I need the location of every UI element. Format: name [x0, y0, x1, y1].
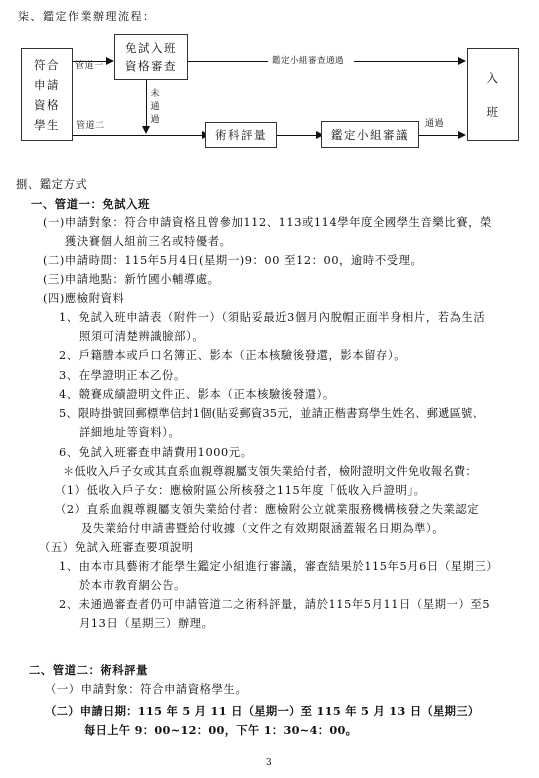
channel-2-heading: 二、管道二：術科評量 — [29, 663, 148, 677]
flow-text: 班 — [487, 95, 500, 129]
channel-2-item-2-cont: 每日上午 9：00~12：00，下午 1：30~4：00。 — [84, 723, 357, 737]
arrow-right-icon — [458, 57, 466, 65]
flow-text: 學生 — [34, 115, 60, 135]
review-title: （五）免試入班審查要項說明 — [39, 541, 194, 555]
page-number: 3 — [266, 758, 272, 768]
flow-text: 符合 — [34, 55, 60, 75]
flow-box-enter-class: 入 班 — [467, 48, 519, 141]
flow-label-pass: 通過 — [425, 118, 444, 130]
review-item-1-cont: 於本市教育網公告。 — [79, 579, 186, 593]
flow-text: 資格審查 — [125, 57, 177, 75]
review-item-2-cont: 月13日（星期三）辦理。 — [79, 617, 214, 631]
flow-text: 免試入班 — [125, 39, 177, 57]
fee-exemption-note: ＊低收入戶子女或其直系血親尊親屬支領失業給付者，檢附證明文件免收報名費： — [63, 465, 477, 479]
flow-text: 通 — [150, 101, 160, 114]
flow-box-exempt-review: 免試入班 資格審查 — [114, 34, 188, 80]
document-item-1-cont: 照須可清楚辨識臉部）。 — [79, 330, 204, 344]
flow-text: 入 — [487, 61, 500, 95]
fee-exemption-item-2: （2）直系血親尊親屬支領失業給付者：應檢附公立就業服務機構核發之失業認定 — [55, 503, 479, 517]
flow-box-committee-review: 鑑定小組審議 — [321, 121, 419, 148]
section-7-title: 柒、鑑定作業辦理流程： — [18, 10, 156, 24]
fee-exemption-item-1: （1）低收入戶子女：應檢附區公所核發之115年度「低收入戶證明」。 — [55, 484, 426, 498]
arrow-right-icon — [458, 131, 466, 139]
flow-label-channel-1: 管道一 — [75, 60, 104, 72]
flow-label-channel-2: 管道二 — [76, 120, 105, 132]
channel-1-item-2: (二)申請時間：115年5月4日(星期一)9：00 至12：00，逾時不受理。 — [43, 254, 422, 268]
flow-line — [146, 80, 147, 126]
review-item-1: 1、由本市具藝術才能學生鑑定小組進行審議，審查結果於115年5月6日（星期三） — [59, 560, 498, 574]
channel-1-item-1: (一)申請對象：符合申請資格且曾參加112、113或114學年度全國學生音樂比賽… — [43, 216, 492, 230]
arrow-right-icon — [106, 57, 114, 65]
flow-line — [73, 135, 203, 136]
flow-text: 資格 — [34, 95, 60, 115]
document-item-2: 2、戶籍謄本或戶口名簿正、影本（正本核驗後發還，影本留存）。 — [59, 349, 406, 363]
review-item-2: 2、未通過審查者仍可申請管道二之術科評量，請於115年5月11日（星期一）至5 — [59, 598, 490, 612]
flow-box-skill-evaluation: 術科評量 — [205, 122, 277, 148]
arrow-down-icon — [142, 126, 150, 134]
document-item-3: 3、在學證明正本乙份。 — [59, 369, 186, 383]
flow-label-committee-pass: 鑑定小組審查通過 — [268, 55, 354, 67]
channel-2-item-2: （二）申請日期：115 年 5 月 11 日（星期一）至 115 年 5 月 1… — [45, 704, 479, 718]
section-8-title: 捌、鑑定方式 — [16, 178, 87, 192]
document-item-5-cont: 詳細地址等資料）。 — [79, 426, 180, 440]
flow-box-eligible-student: 符合 申請 資格 學生 — [21, 48, 73, 141]
channel-1-item-1-cont: 獲決賽個人組前三名或特優者。 — [65, 235, 232, 249]
channel-1-item-4: (四)應檢附資料 — [43, 292, 124, 306]
flow-text: 未 — [150, 88, 160, 101]
document-item-5: 5、限時掛號回郵標準信封1個(貼妥郵資35元，並請正楷書寫學生姓名、郵遞區號、 — [59, 407, 484, 421]
flow-line — [419, 135, 459, 136]
channel-2-item-1: （一）申請對象：符合申請資格學生。 — [45, 683, 247, 697]
flow-label-not-pass: 未 通 過 — [150, 88, 160, 127]
channel-1-heading: 一、管道一：免試入班 — [31, 197, 150, 211]
fee-exemption-item-2-cont: 及失業給付申請書暨給付收據（文件之有效期限涵蓋報名日期為準）。 — [81, 522, 444, 536]
document-item-4: 4、競賽成績證明文件正、影本（正本核驗後發還）。 — [59, 388, 335, 402]
flow-line — [277, 135, 318, 136]
document-item-1: 1、免試入班申請表（附件一）（須貼妥最近3個月內脫帽正面半身相片，若為生活 — [59, 311, 485, 325]
channel-1-item-3: (三)申請地點：新竹國小輔導處。 — [43, 273, 220, 287]
flow-text: 過 — [150, 114, 160, 127]
document-item-6: 6、免試入班審查申請費用1000元。 — [59, 446, 253, 460]
flow-text: 申請 — [34, 75, 60, 95]
